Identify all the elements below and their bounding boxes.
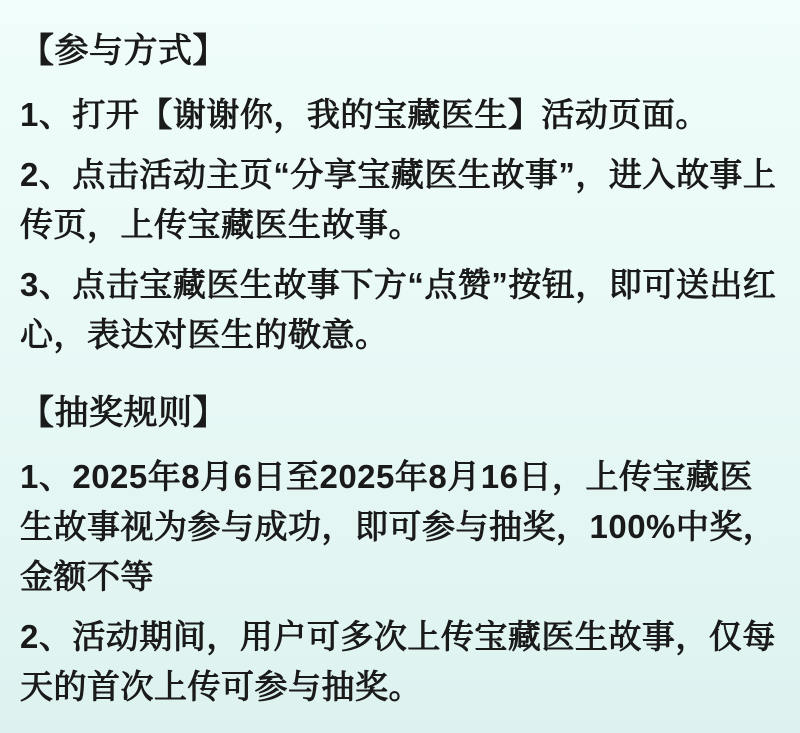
participation-section-heading: 【参与方式】 <box>20 26 786 76</box>
participation-step-2: 2、点击活动主页“分享宝藏医生故事”，进入故事上传页，上传宝藏医生故事。 <box>20 150 786 250</box>
participation-step-1: 1、打开【谢谢你，我的宝藏医生】活动页面。 <box>20 90 786 140</box>
section-lottery-rules: 【抽奖规则】 1、2025年8月6日至2025年8月16日，上传宝藏医生故事视为… <box>20 388 786 712</box>
lottery-section-heading: 【抽奖规则】 <box>20 388 786 438</box>
lottery-rule-2: 2、活动期间，用户可多次上传宝藏医生故事，仅每天的首次上传可参与抽奖。 <box>20 612 786 712</box>
participation-step-3: 3、点击宝藏医生故事下方“点赞”按钮，即可送出红心，表达对医生的敬意。 <box>20 260 786 360</box>
section-participation: 【参与方式】 1、打开【谢谢你，我的宝藏医生】活动页面。 2、点击活动主页“分享… <box>20 26 786 360</box>
lottery-rule-1: 1、2025年8月6日至2025年8月16日，上传宝藏医生故事视为参与成功，即可… <box>20 452 786 602</box>
rules-page: 【参与方式】 1、打开【谢谢你，我的宝藏医生】活动页面。 2、点击活动主页“分享… <box>0 0 800 733</box>
